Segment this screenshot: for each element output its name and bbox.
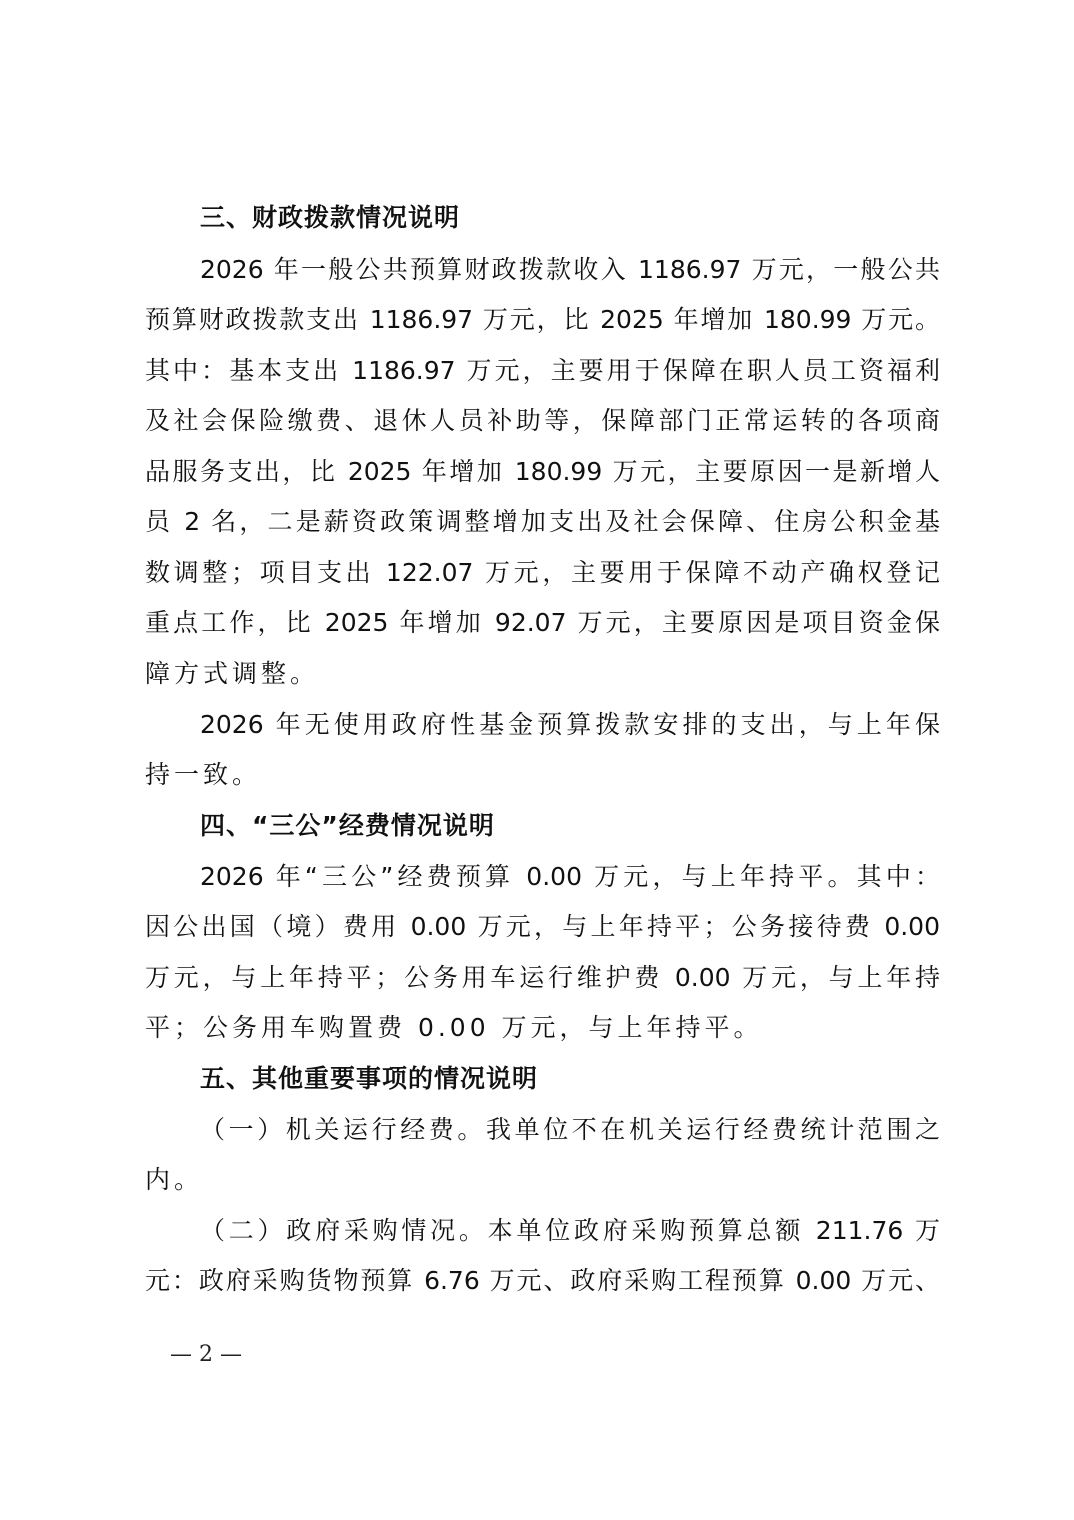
section-heading-5: 五、其他重要事项的情况说明 [200, 1059, 940, 1099]
paragraph-line: 数调整；项目支出 122.07 万元，主要用于保障不动产确权登记 [145, 553, 940, 593]
paragraph-line: 其中：基本支出 1186.97 万元，主要用于保障在职人员工资福利 [145, 351, 940, 391]
section-heading-3: 三、财政拨款情况说明 [200, 198, 940, 238]
paragraph-line: 因公出国（境）费用 0.00 万元，与上年持平；公务接待费 0.00 [145, 907, 940, 947]
document-page: 三、财政拨款情况说明 2026 年一般公共预算财政拨款收入 1186.97 万元… [0, 0, 1074, 1520]
paragraph-line: 重点工作，比 2025 年增加 92.07 万元，主要原因是项目资金保 [145, 603, 940, 643]
paragraph-line: 员 2 名，二是薪资政策调整增加支出及社会保障、住房公积金基 [145, 502, 940, 542]
page-number: — 2 — [170, 1340, 242, 1370]
paragraph-line: 2026 年“三公”经费预算 0.00 万元，与上年持平。其中： [200, 857, 940, 897]
paragraph-line: 品服务支出，比 2025 年增加 180.99 万元，主要原因一是新增人 [145, 452, 940, 492]
paragraph-line: 平；公务用车购置费 0.00 万元，与上年持平。 [145, 1008, 940, 1048]
paragraph-line: 及社会保险缴费、退休人员补助等，保障部门正常运转的各项商 [145, 401, 940, 441]
paragraph-line: 内。 [145, 1160, 940, 1200]
paragraph-line: 2026 年无使用政府性基金预算拨款安排的支出，与上年保 [200, 705, 940, 745]
paragraph-line: 元：政府采购货物预算 6.76 万元、政府采购工程预算 0.00 万元、 [145, 1261, 940, 1301]
paragraph-line: （一）机关运行经费。我单位不在机关运行经费统计范围之 [200, 1110, 940, 1150]
paragraph-line: （二）政府采购情况。本单位政府采购预算总额 211.76 万 [200, 1211, 940, 1251]
paragraph-line: 2026 年一般公共预算财政拨款收入 1186.97 万元，一般公共 [200, 250, 940, 290]
paragraph-line: 持一致。 [145, 755, 940, 795]
paragraph-line: 障方式调整。 [145, 654, 940, 694]
section-heading-4: 四、“三公”经费情况说明 [200, 806, 940, 846]
paragraph-line: 预算财政拨款支出 1186.97 万元，比 2025 年增加 180.99 万元… [145, 300, 940, 340]
paragraph-line: 万元，与上年持平；公务用车运行维护费 0.00 万元，与上年持 [145, 958, 940, 998]
